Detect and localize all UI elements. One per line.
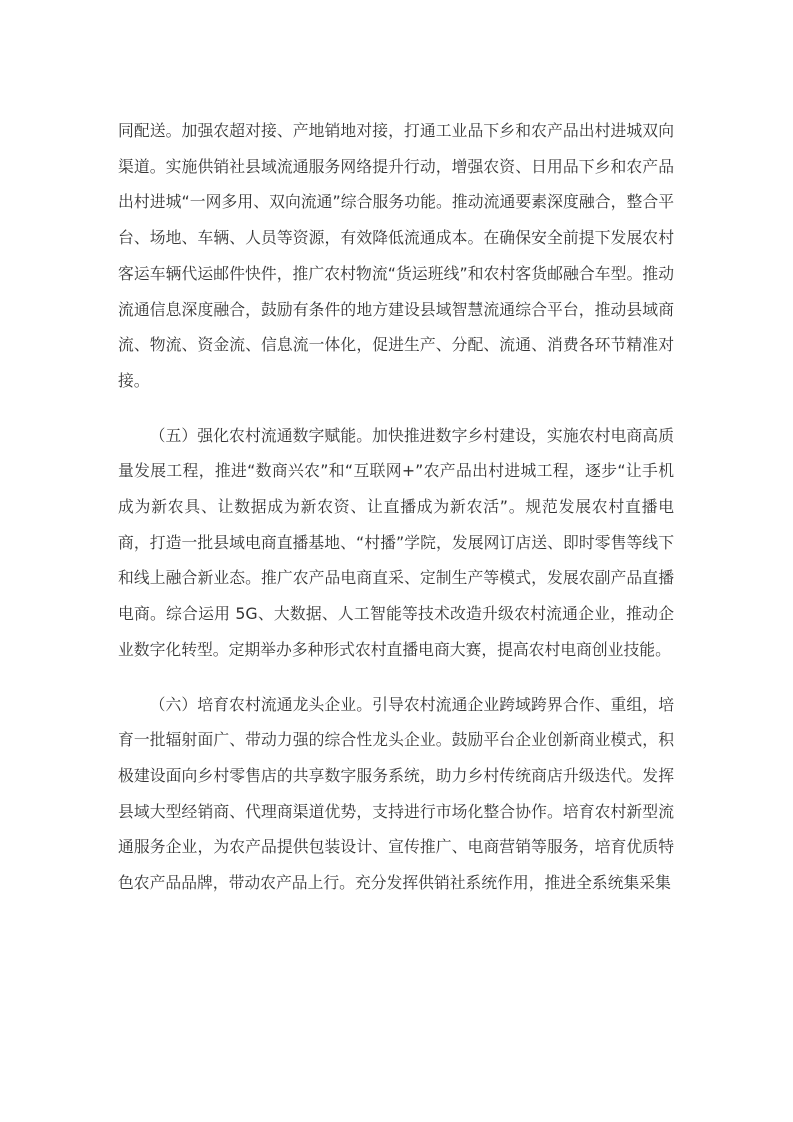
document-page: 同配送。加强农超对接、产地销地对接，打通工业品下乡和农产品出村进城双向渠道。实施… [118,113,674,901]
paragraph-gap [118,399,674,418]
paragraph-3-leading-enterprises: （六）培育农村流通龙头企业。引导农村流通企业跨域跨界合作、重组，培育一批辐射面广… [118,687,674,901]
paragraph-2-digital-empowerment: （五）强化农村流通数字赋能。加快推进数字乡村建设，实施农村电商高质量发展工程，推… [118,418,674,668]
paragraph-1: 同配送。加强农超对接、产地销地对接，打通工业品下乡和农产品出村进城双向渠道。实施… [118,113,674,399]
paragraph-gap [118,668,674,687]
